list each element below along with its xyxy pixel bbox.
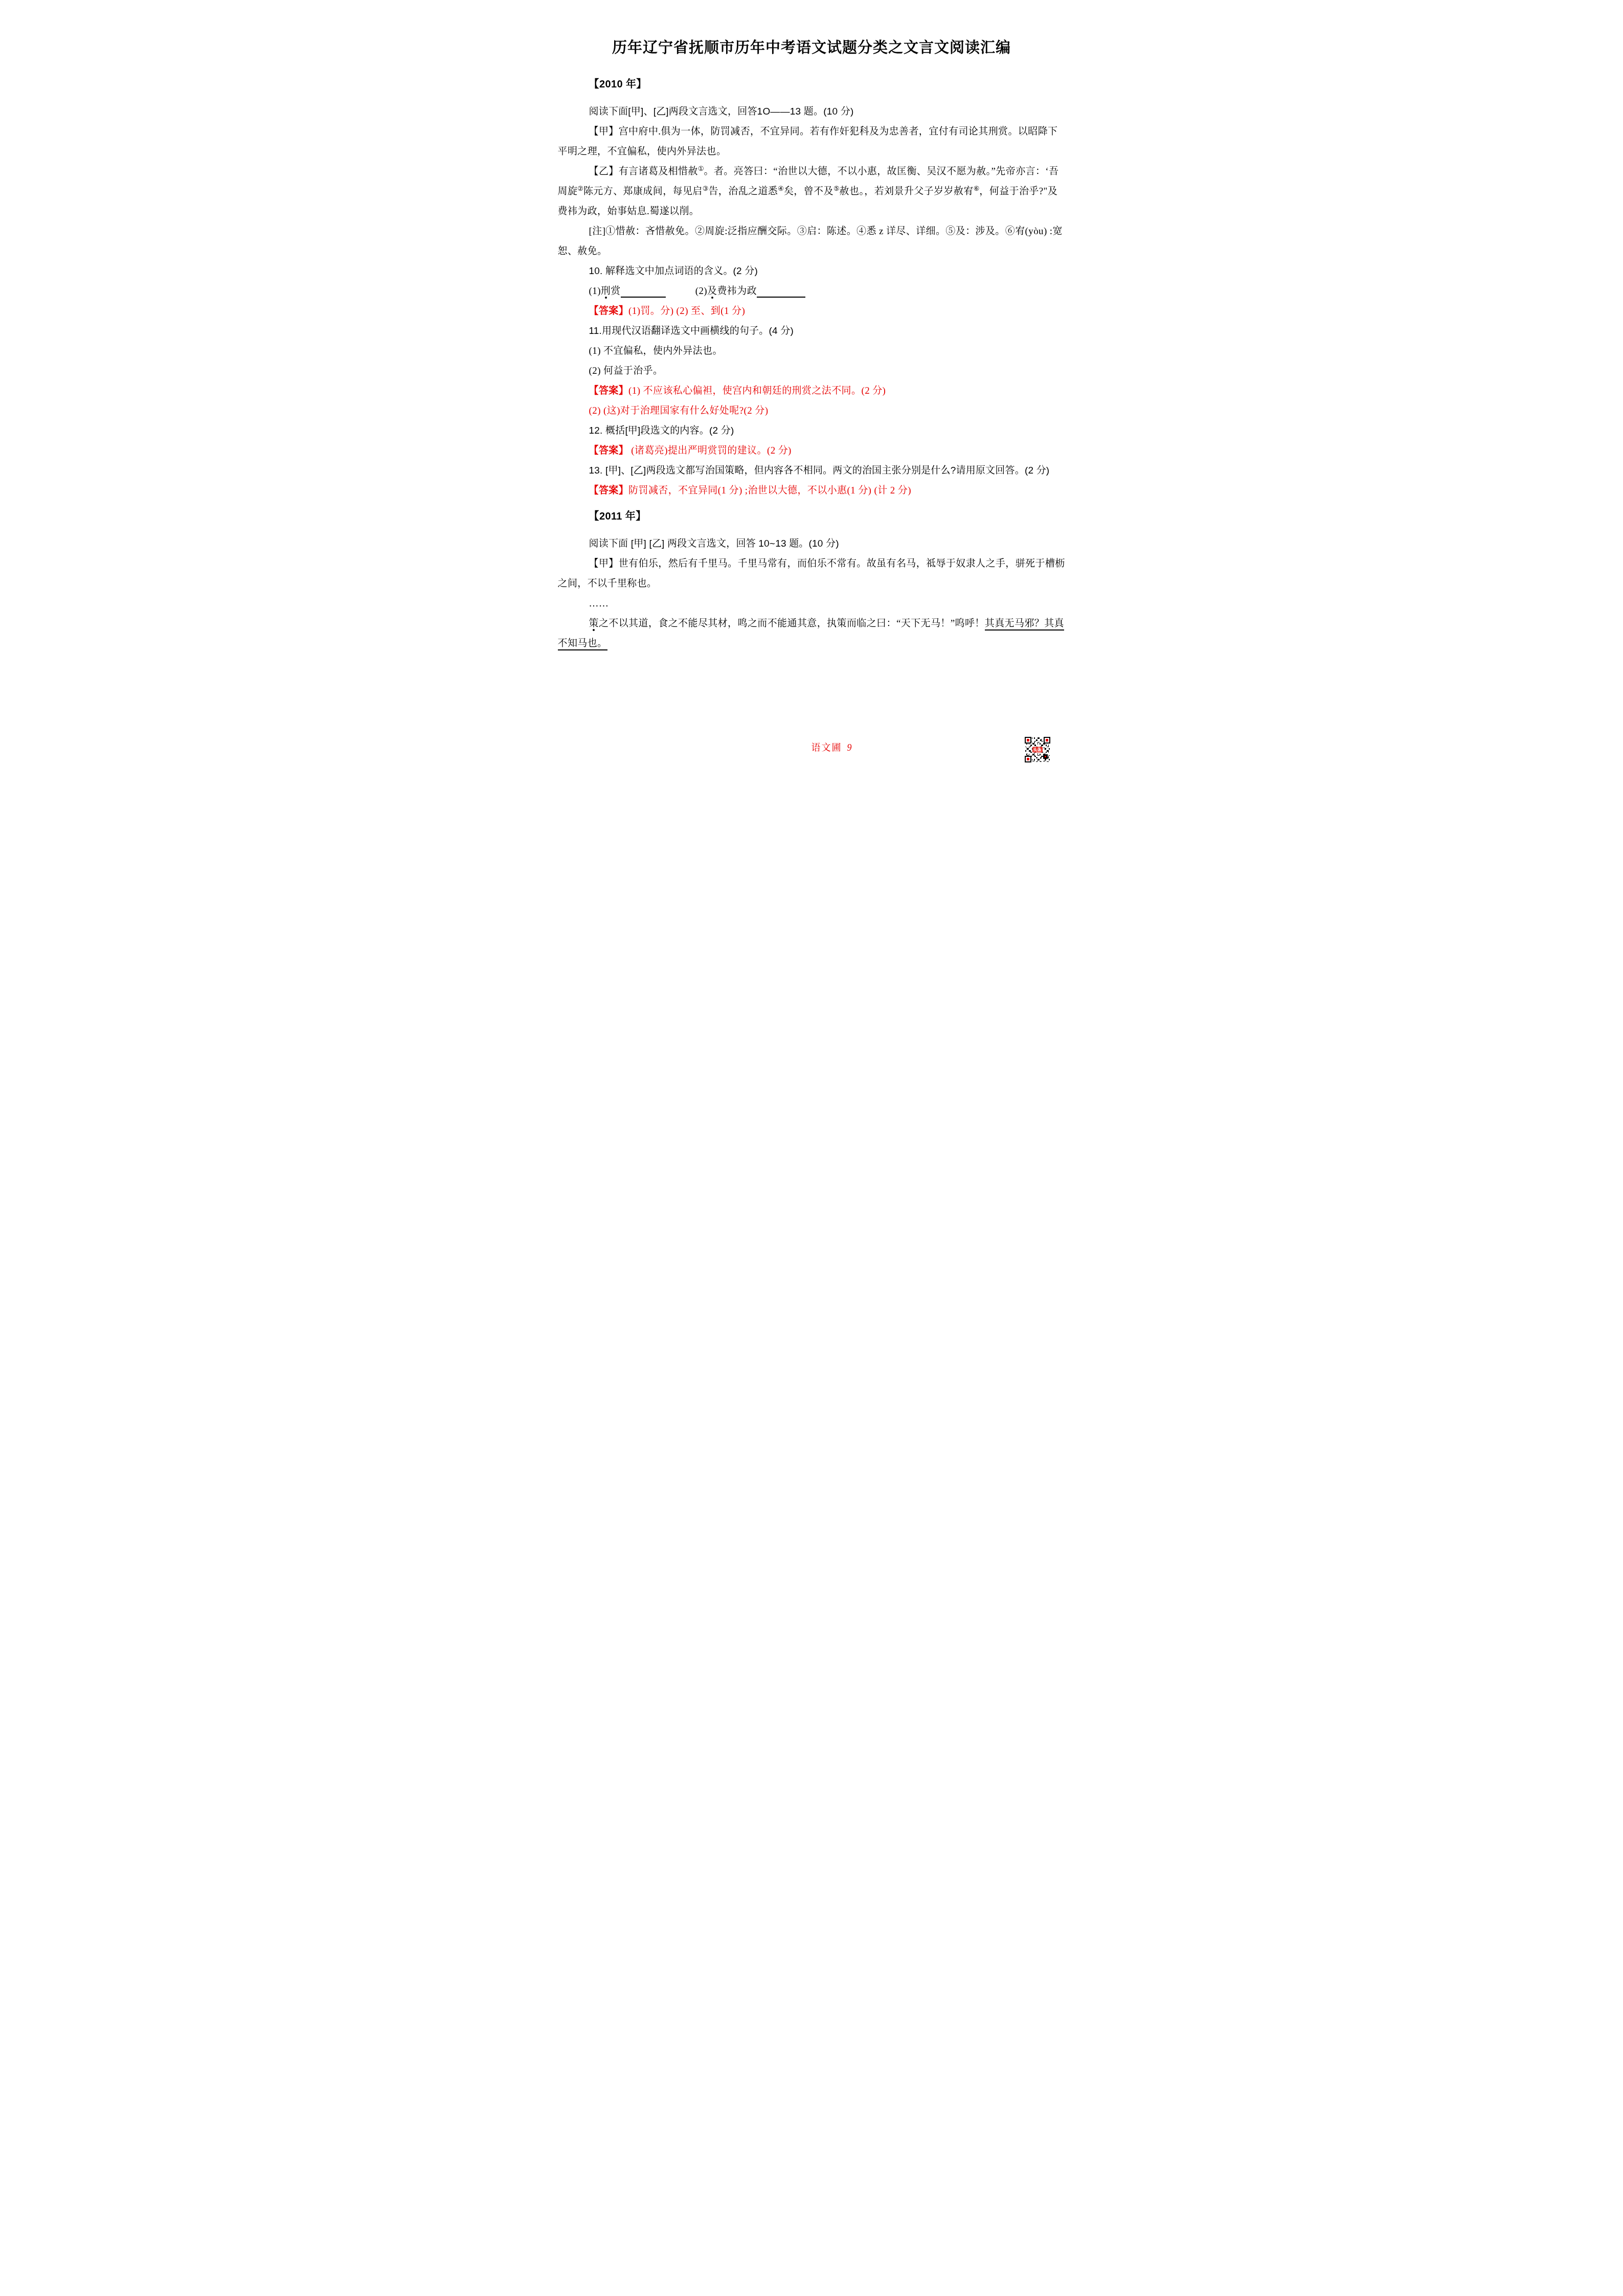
yi-text-segment: 【乙】有言诸葛及相惜赦 — [589, 166, 698, 177]
q13-answer: 【答案】防罚减否，不宜异同(1 分) ;治世以大德，不以小惠(1 分) (计 2… — [558, 481, 1066, 501]
qr-code: 头条 — [1025, 737, 1050, 762]
passage-jia-2010: 【甲】宫中府中.俱为一体，防罚减否，不宜异同。若有作奸犯科及为忠善者，宜付有司论… — [558, 122, 1066, 162]
passage-yi-2010: 【乙】有言诸葛及相惜赦①。者。亮答曰：“治世以大德，不以小惠，故匡衡、吴汉不愿为… — [558, 162, 1066, 221]
q13-stem: 13. [甲]、[乙]两段选文都写治国策略，但内容各不相同。两文的治国主张分别是… — [558, 461, 1066, 481]
answer-text: (2) (这)对于治理国家有什么好处呢?(2 分) — [589, 406, 769, 416]
qr-alignment-pattern — [1043, 754, 1048, 759]
qr-finder-top-right — [1044, 737, 1050, 744]
footnote-marker-3: ③ — [703, 185, 709, 192]
answer-text: (1) 不应该私心偏袒，使宫内和朝廷的刑赏之法不同。(2 分) — [628, 386, 886, 396]
section-2011-header: 【2011 年】 — [558, 507, 1066, 527]
section-2010-intro: 阅读下面[甲]、[乙]两段文言选文，回答1O——13 题。(10 分) — [558, 102, 1066, 122]
passage-notes: [注]①惜赦：吝惜赦免。②周旋:泛指应酬交际。③启：陈述。④悉 z 详尽、详细。… — [558, 221, 1066, 261]
page-number: 9 — [847, 742, 853, 753]
page-title: 历年辽宁省抚顺市历年中考语文试题分类之文言文阅读汇编 — [558, 37, 1066, 59]
q12-answer: 【答案】 (诸葛亮)提出严明赏罚的建议。(2 分) — [558, 441, 1066, 461]
q10-item2-dotted-word: 及 — [707, 286, 717, 297]
q10-item2-word: 费祎为政 — [717, 286, 757, 297]
q10-item2-prefix: (2) — [695, 286, 707, 297]
answer-text: 防罚减否，不宜异同(1 分) ;治世以大德，不以小惠(1 分) (计 2 分) — [628, 485, 911, 496]
yi-text-segment: 告，治乱之道悉 — [708, 186, 778, 197]
qr-center-badge: 头条 — [1032, 747, 1043, 753]
yi-text-segment: 矣，曾不及 — [784, 186, 833, 197]
answer-label: 【答案】 — [589, 306, 629, 317]
footnote-marker-5: ⑤ — [833, 185, 840, 192]
passage-text: 之不以其道，食之不能尽其材，鸣之而不能通其意，执策而临之曰：“天下无马！”呜呼！ — [599, 618, 985, 629]
answer-label: 【答案】 — [589, 386, 629, 396]
footnote-marker-6: ⑥ — [974, 185, 980, 192]
answer-label: 【答案】 — [589, 445, 629, 456]
q11-stem: 11.用现代汉语翻译选文中画横线的句子。(4 分) — [558, 321, 1066, 341]
page-footer: 语文圃9 — [530, 740, 1093, 754]
q12-stem: 12. 概括[甲]段选文的内容。(2 分) — [558, 421, 1066, 441]
footnote-marker-4: ④ — [778, 185, 784, 192]
section-2010-header: 【2010 年】 — [558, 75, 1066, 95]
exam-document: 历年辽宁省抚顺市历年中考语文试题分类之文言文阅读汇编 【2010 年】 阅读下面… — [530, 0, 1093, 654]
q10-items: (1)刑赏(2)及费祎为政 — [558, 281, 1066, 301]
q10-item1-word: 赏 — [611, 286, 620, 297]
yi-text-segment: 赦也。，若刘景升父子岁岁赦宥 — [840, 186, 974, 197]
answer-blank — [757, 296, 805, 298]
q11-answer-1: 【答案】(1) 不应该私心偏袒，使宫内和朝廷的刑赏之法不同。(2 分) — [558, 381, 1066, 401]
passage-final-2011: 策之不以其道，食之不能尽其材，鸣之而不能通其意，执策而临之曰：“天下无马！”呜呼… — [558, 614, 1066, 654]
section-2011-intro: 阅读下面 [甲] [乙] 两段文言选文，回答 10~13 题。(10 分) — [558, 534, 1066, 554]
answer-text: (1)罚。分) (2) 至、到(1 分) — [628, 306, 745, 317]
q11-item1: (1) 不宜偏私，使内外异法也。 — [558, 341, 1066, 361]
yi-text-segment: 陈元方、郑康成间，每见启 — [583, 186, 703, 197]
q10-item1-dotted-word: 刑 — [601, 286, 611, 297]
answer-text: (诸葛亮)提出严明赏罚的建议。(2 分) — [628, 445, 792, 456]
answer-label: 【答案】 — [589, 485, 629, 496]
qr-finder-bottom-left — [1025, 756, 1031, 762]
q10-answer: 【答案】(1)罚。分) (2) 至、到(1 分) — [558, 301, 1066, 321]
q11-answer-2: (2) (这)对于治理国家有什么好处呢?(2 分) — [558, 401, 1066, 421]
passage-jia-2011: 【甲】世有伯乐，然后有千里马。千里马常有，而伯乐不常有。故虽有名马，祗辱于奴隶人… — [558, 554, 1066, 594]
q10-stem: 10. 解释选文中加点词语的含义。(2 分) — [558, 261, 1066, 281]
ellipsis-line: …… — [558, 594, 1066, 614]
qr-finder-top-left — [1025, 737, 1031, 744]
footnote-marker-2: ② — [577, 185, 583, 192]
q11-item2: (2) 何益于治乎。 — [558, 361, 1066, 381]
q10-item1-prefix: (1) — [589, 286, 601, 297]
answer-blank — [621, 296, 666, 298]
footnote-marker-1: ① — [698, 165, 704, 172]
footer-brand: 语文圃 — [811, 742, 842, 753]
dotted-word: 策 — [589, 618, 599, 629]
